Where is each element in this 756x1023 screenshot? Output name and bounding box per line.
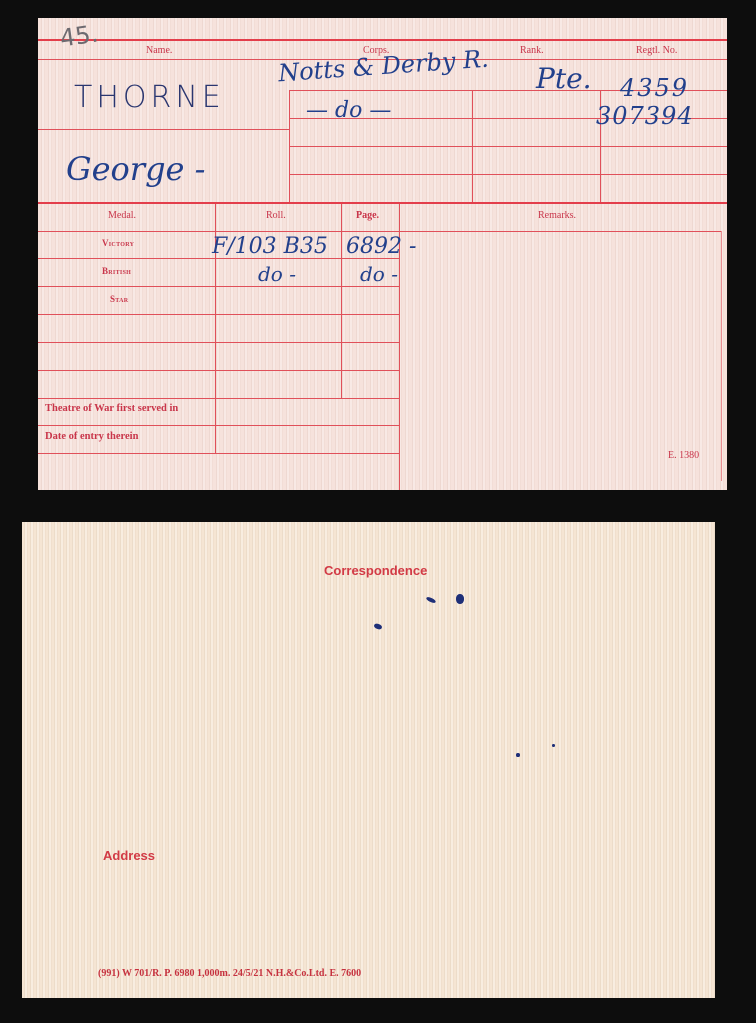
surname-entry: THORNE xyxy=(74,80,225,115)
rule-table-header xyxy=(38,231,721,232)
rank-entry: Pte. xyxy=(536,62,592,95)
rule-row-4 xyxy=(38,342,399,343)
page-entry-victory: 6892 - xyxy=(346,234,416,259)
printer-footer: (991) W 701/R. P. 6980 1,000m. 24/5/21 N… xyxy=(98,968,361,979)
header-remarks: Remarks. xyxy=(538,210,576,221)
corps-entry-1: Notts & Derby R. xyxy=(277,45,489,88)
col-divider-roll xyxy=(341,204,342,398)
ink-mark xyxy=(373,623,382,630)
rule-upper-4 xyxy=(289,174,727,175)
date-of-entry-label: Date of entry therein xyxy=(45,431,138,442)
medal-star: Star xyxy=(110,294,128,304)
rule-row-2 xyxy=(38,286,399,287)
rule-top xyxy=(38,39,727,41)
form-number: E. 1380 xyxy=(668,450,699,461)
header-roll: Roll. xyxy=(266,210,286,221)
header-regtl-no: Regtl. No. xyxy=(636,45,677,56)
pencil-note: 45. xyxy=(58,19,100,52)
roll-entry-british: do - xyxy=(258,262,296,286)
corps-entry-2: — do — xyxy=(306,98,391,123)
rule-row-5 xyxy=(38,370,399,371)
medal-british: British xyxy=(102,266,131,276)
rule-row-8 xyxy=(38,453,399,454)
rule-upper-3 xyxy=(289,146,727,147)
correspondence-label: Correspondence xyxy=(324,563,427,578)
ink-mark xyxy=(426,596,437,604)
regtl-no-entry-1: 4359 xyxy=(620,74,689,102)
ink-mark xyxy=(516,753,520,757)
medal-victory: Victory xyxy=(102,238,134,248)
ink-mark xyxy=(456,594,464,604)
address-label: Address xyxy=(103,848,155,863)
ink-mark xyxy=(552,744,555,747)
rule-surname xyxy=(38,129,289,130)
theatre-of-war-label: Theatre of War first served in xyxy=(45,403,178,414)
medal-index-card-front: 45. Name. Corps. Rank. Regtl. No. THORNE… xyxy=(38,18,727,490)
header-page: Page. xyxy=(356,210,379,221)
header-name: Name. xyxy=(146,45,172,56)
header-rank: Rank. xyxy=(520,45,544,56)
rule-row-3 xyxy=(38,314,399,315)
regtl-no-entry-2: 307394 xyxy=(596,102,694,130)
page-entry-british: do - xyxy=(360,262,398,286)
rule-section-divider xyxy=(38,202,727,204)
forename-entry: George - xyxy=(66,150,205,188)
medal-index-card-back: Correspondence Address (991) W 701/R. P.… xyxy=(22,522,715,998)
roll-entry-victory: F/103 B35 xyxy=(212,234,328,259)
right-margin-rule xyxy=(721,231,722,481)
header-medal: Medal. xyxy=(108,210,136,221)
rule-row-7 xyxy=(38,425,399,426)
rule-row-6 xyxy=(38,398,399,399)
